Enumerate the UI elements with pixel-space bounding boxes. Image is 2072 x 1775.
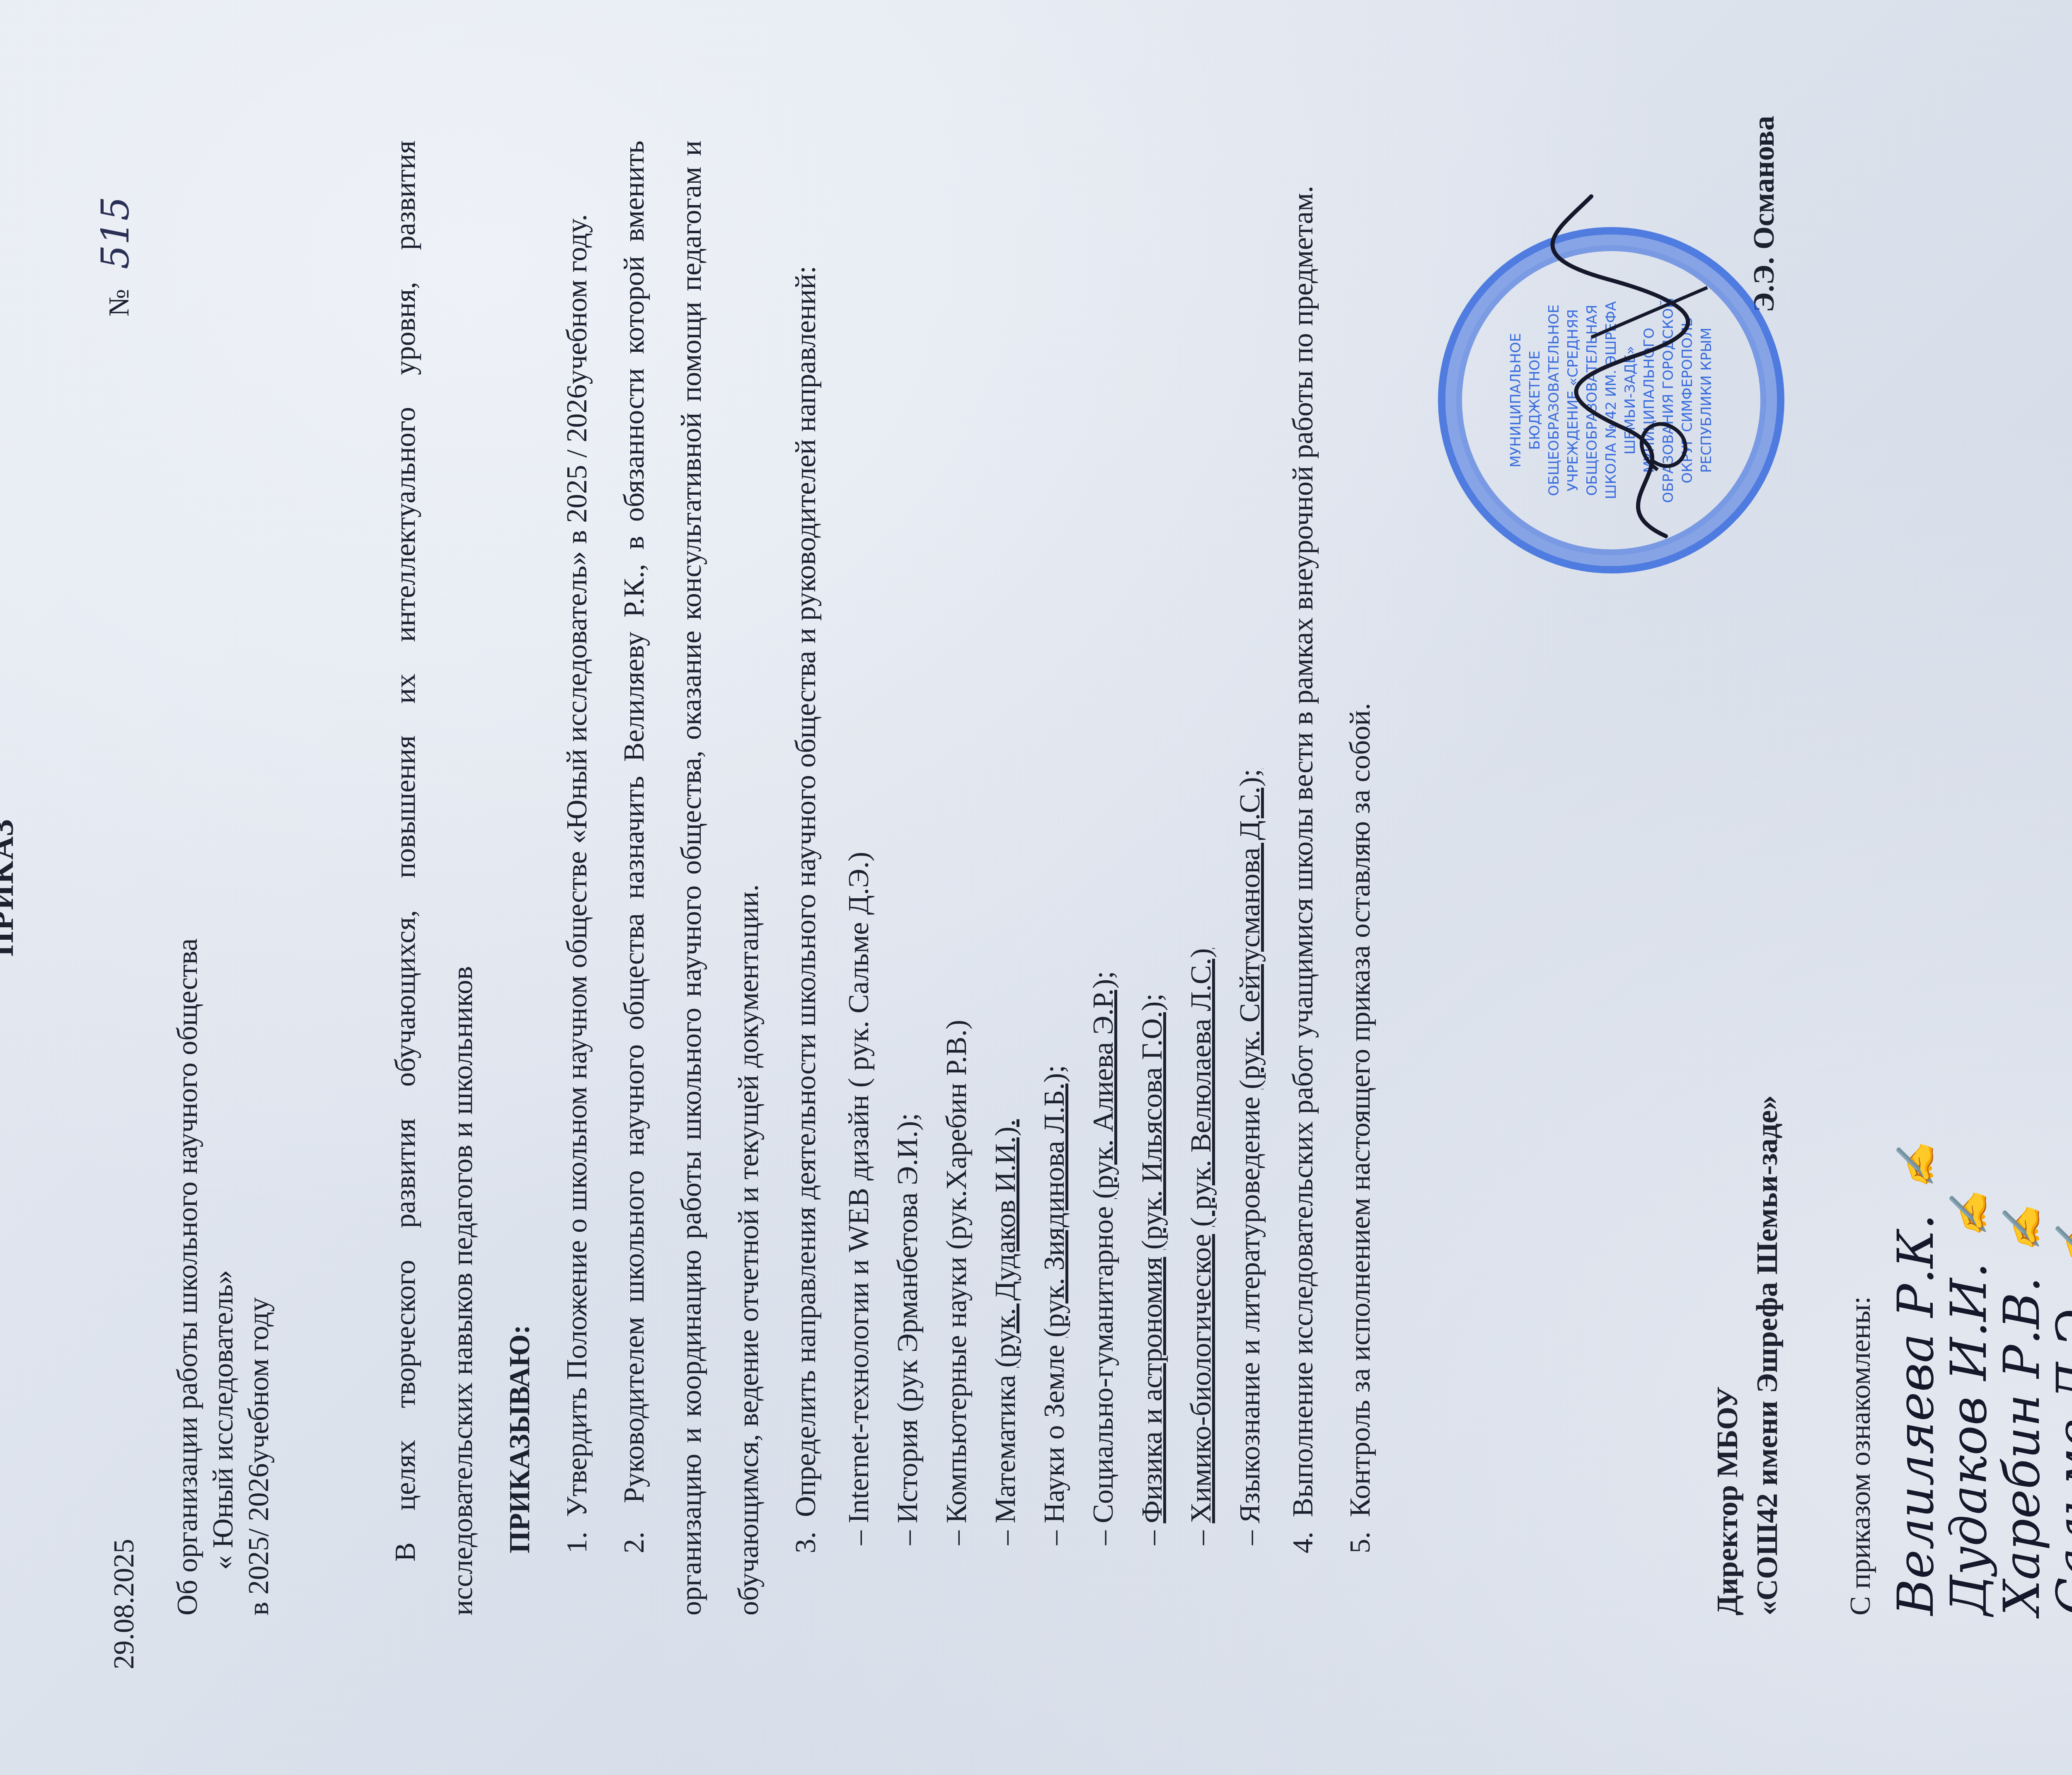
preamble: В целях творческого развития обучающихся… [377, 140, 491, 1615]
order-item: 3. Определить направления деятельности ш… [777, 140, 835, 1615]
order-item: 4. Выполнение исследовательских работ уч… [1275, 140, 1332, 1615]
direction-item: Химико-биологическое ( рук. Велюлаева Л.… [1177, 140, 1226, 1545]
acknowledged-row: Харебин Р.В.✍ [1996, 538, 2049, 1615]
order-date: 29.08.2025 [108, 1539, 141, 1669]
direction-item: Науки о Земле (рук. Зиядинова Л.Б.); [1030, 140, 1079, 1545]
order-item: 2. Руководителем школьного научного обще… [606, 140, 777, 1615]
direction-item: История (рук Эрманбетова Э.И.); [884, 140, 932, 1545]
order-number-handwritten: 515 [93, 196, 138, 269]
document-sheet: ПРИКАЗ 29.08.2025 № 515 Об организации р… [0, 0, 2072, 1775]
director-title: Директор МБОУ [1707, 1095, 1747, 1615]
signature-icon: ✍ [2049, 1221, 2072, 1268]
director-signature-icon [1542, 180, 1716, 553]
signature-icon: ✍ [1996, 1205, 2049, 1252]
order-number: № 515 [93, 196, 138, 317]
acknowledged-row: Дудаков И.И.✍ [1943, 538, 1996, 1615]
page-title: ПРИКАЗ [0, 0, 21, 1775]
school-name: «СОШ42 имени Эшрефа Шемьи-заде» [1747, 1095, 1787, 1615]
direction-item: Социально-гуманитарное (рук. Алиева Э.Р.… [1079, 140, 1128, 1545]
subject-line: Об организации работы школьного научного… [170, 938, 206, 1615]
order-body: В целях творческого развития обучающихся… [377, 140, 1389, 1615]
director-block: Директор МБОУ «СОШ42 имени Эшрефа Шемьи-… [1707, 1095, 1787, 1615]
order-item: 1. Утвердить Положение о школьном научно… [549, 140, 606, 1615]
order-item: 5. Контроль за исполнением настоящего пр… [1332, 140, 1389, 1615]
acknowledged-list: Велиляева Р.К.✍ Дудаков И.И.✍ Харебин Р.… [1890, 538, 2072, 1615]
subject-line: « Юный исследователь» [206, 938, 241, 1615]
order-keyword: ПРИКАЗЫВАЮ: [491, 140, 549, 1615]
number-label: № [103, 289, 135, 317]
acknowledged-title: С приказом ознакомлены: [1844, 1296, 1877, 1615]
directions-list: Internet-технологии и WEB дизайн ( рук. … [835, 140, 1275, 1615]
subject-line: в 2025/ 2026учебном году [241, 938, 277, 1615]
order-subject: Об организации работы школьного научного… [170, 938, 277, 1615]
acknowledged-row: Велиляева Р.К.✍ [1890, 538, 1943, 1615]
direction-item: Компьютерные науки (рук.Харебин Р.В.) [932, 140, 981, 1545]
direction-item: Математика (рук. Дудаков И.И.). [981, 140, 1030, 1545]
signature-icon: ✍ [1890, 1143, 1943, 1189]
acknowledged-row: Сальме Д.Э.✍ [2049, 538, 2072, 1615]
direction-item: Физика и астрономия (рук. Ильясова Г.О.)… [1128, 140, 1177, 1545]
direction-item: Internet-технологии и WEB дизайн ( рук. … [835, 140, 884, 1545]
signature-icon: ✍ [1943, 1191, 1996, 1238]
direction-item: Языкознание и литературоведение (рук. Се… [1226, 140, 1275, 1545]
